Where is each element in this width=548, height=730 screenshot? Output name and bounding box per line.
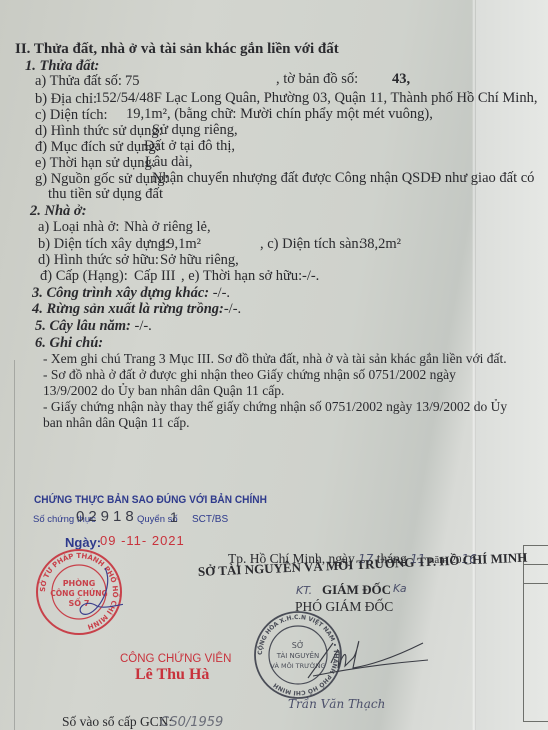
use-form-value: Sử dụng riêng, bbox=[152, 122, 238, 138]
perennial-value: -/-. bbox=[135, 318, 152, 334]
area-label: c) Diện tích: bbox=[35, 107, 107, 123]
ownership-value: Sở hữu riêng, bbox=[160, 252, 239, 268]
term-label: e) Thời hạn sử dụng: bbox=[35, 155, 156, 171]
perennial-label: 5. Cây lâu năm: bbox=[35, 318, 131, 334]
house-heading: 2. Nhà ở: bbox=[30, 203, 87, 219]
forest-value: -/-. bbox=[224, 301, 241, 317]
construction-value: -/-. bbox=[213, 285, 230, 301]
map-label: , tờ bản đồ số: bbox=[276, 71, 358, 87]
cert-book-suffix: SCT/BS bbox=[192, 512, 228, 528]
director-initials: Ka bbox=[393, 581, 407, 597]
svg-text:PHÒNG: PHÒNG bbox=[63, 577, 96, 588]
term-value: Lâu dài, bbox=[145, 154, 193, 170]
signer-name: Trần Văn Thạch bbox=[288, 696, 385, 712]
forest-label: 4. Rừng sản xuất là rừng trồng: bbox=[32, 301, 224, 317]
construction-heading: 3. Công trình xây dựng khác: -/-. bbox=[32, 285, 230, 301]
address-value: 152/54/48F Lạc Long Quân, Phường 03, Quậ… bbox=[95, 90, 537, 106]
build-area-label: b) Diện tích xây dựng: bbox=[38, 236, 169, 252]
grade-label: đ) Cấp (Hạng): bbox=[40, 268, 128, 284]
director-title: GIÁM ĐỐC bbox=[322, 582, 391, 598]
house-type-label: a) Loại nhà ở: bbox=[38, 219, 119, 235]
parcel-value: 75 bbox=[125, 73, 140, 89]
empty-table-box bbox=[523, 545, 548, 722]
use-form-label: d) Hình thức sử dụng: bbox=[35, 123, 163, 139]
cert-number-value: 02918 bbox=[76, 509, 138, 525]
note-line-2: - Sơ đồ nhà ở đất ở được ghi nhận theo G… bbox=[43, 367, 456, 383]
perennial-heading: 5. Cây lâu năm: -/-. bbox=[35, 318, 152, 334]
margin-line bbox=[14, 360, 15, 730]
note-line-4: - Giấy chứng nhận này thay thế giấy chứn… bbox=[43, 399, 507, 415]
parcel-label: a) Thửa đất số: bbox=[35, 73, 122, 89]
certificate-page: II. Thửa đất, nhà ở và tài sản khác gắn … bbox=[0, 0, 548, 730]
address-label: b) Địa chỉ: bbox=[35, 91, 97, 107]
cert-book-value: 1 bbox=[170, 509, 178, 525]
floor-area-value: 38,2m² bbox=[360, 236, 401, 252]
build-area-value: 19,1m² bbox=[160, 236, 201, 252]
notary-role: CÔNG CHỨNG VIÊN bbox=[120, 651, 231, 667]
note-line-5: ban nhân dân Quận 11 cấp. bbox=[43, 415, 189, 431]
svg-text:TÀI NGUYÊN: TÀI NGUYÊN bbox=[276, 651, 320, 660]
purpose-value: Đất ở tại đô thị, bbox=[144, 138, 235, 154]
land-heading: 1. Thửa đất: bbox=[25, 58, 99, 74]
notary-seal-icon: SỞ TƯ PHÁP THÀNH PHỐ HỒ CHÍ MINH PHÒNG C… bbox=[35, 548, 123, 636]
registry-label: Số vào sổ cấp GCN: bbox=[62, 714, 172, 730]
agency-seal-icon: CỘNG HÒA X.H.C.N VIỆT NAM • THÀNH PHỐ HỒ… bbox=[253, 608, 433, 703]
svg-text:SỞ: SỞ bbox=[292, 639, 304, 650]
origin-value-2: thu tiền sử dụng đất bbox=[48, 186, 163, 202]
note-line-3: 13/9/2002 do Ủy ban nhân dân Quận 11 cấp… bbox=[43, 383, 284, 399]
owner-term-label: , e) Thời hạn sở hữu: bbox=[181, 268, 302, 284]
certification-title: CHỨNG THỰC BẢN SAO ĐÚNG VỚI BẢN CHÍNH bbox=[34, 492, 267, 508]
floor-area-label: , c) Diện tích sàn: bbox=[260, 236, 363, 252]
area-value: 19,1m², (bằng chữ: Mười chín phẩy một mé… bbox=[126, 106, 433, 122]
kt-handwritten: KT. bbox=[296, 583, 312, 599]
svg-text:CÔNG CHỨNG: CÔNG CHỨNG bbox=[50, 589, 107, 598]
origin-value-1: Nhận chuyển nhượng đất được Công nhận QS… bbox=[152, 170, 534, 186]
origin-label: g) Nguồn gốc sử dụng: bbox=[35, 171, 169, 187]
cert-date-value: 09 -11- 2021 bbox=[100, 533, 185, 549]
grade-value: Cấp III bbox=[134, 268, 175, 284]
purpose-label: đ) Mục đích sử dụng: bbox=[35, 139, 160, 155]
owner-term-value: -/-. bbox=[302, 268, 319, 284]
map-value: 43, bbox=[392, 71, 410, 87]
forest-heading: 4. Rừng sản xuất là rừng trồng:-/-. bbox=[32, 301, 241, 317]
ownership-label: d) Hình thức sở hữu: bbox=[38, 252, 159, 268]
notary-name: Lê Thu Hà bbox=[135, 667, 209, 683]
registry-value: CS0/1959 bbox=[160, 715, 223, 730]
notes-heading: 6. Ghi chú: bbox=[35, 335, 103, 351]
section-title: II. Thửa đất, nhà ở và tài sản khác gắn … bbox=[15, 41, 339, 57]
house-type-value: Nhà ở riêng lẻ, bbox=[124, 219, 211, 235]
construction-label: 3. Công trình xây dựng khác: bbox=[32, 285, 209, 301]
note-line-1: - Xem ghi chú Trang 3 Mục III. Sơ đồ thử… bbox=[43, 351, 507, 367]
